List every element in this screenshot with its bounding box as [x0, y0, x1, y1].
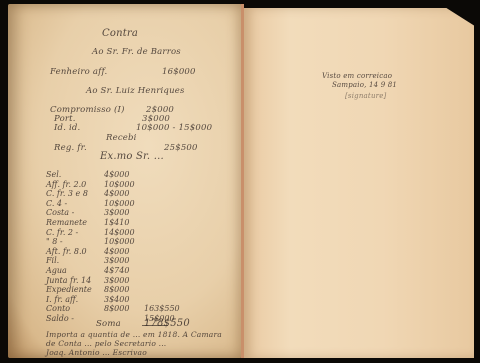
ledger-label: Fil.	[46, 256, 59, 265]
ledger-label: Expediente	[46, 285, 92, 294]
ledger-row: Junta fr. 143$000	[46, 276, 206, 286]
ledger-label: Conto	[46, 304, 70, 313]
ledger-row: Remanete1$410	[46, 218, 206, 228]
section-title: Ao Sr. Luiz Henriques	[86, 86, 185, 96]
ledger-amount: 4$740	[104, 266, 129, 275]
ledger-label: Remanete	[46, 218, 87, 227]
ledger-row: C. fr. 3 e 84$000	[46, 189, 206, 199]
ledger-amount: 14$000	[104, 228, 135, 237]
ledger-amount: 8$000	[104, 304, 129, 313]
footer-line: de Conta ... pelo Secretario ...	[46, 339, 166, 348]
section-title: Ao Sr. Fr. de Barros	[92, 47, 181, 57]
ledger-label: Agua	[46, 266, 67, 275]
ledger-label: I. fr. aff.	[46, 295, 78, 304]
total-amount: 178$550	[144, 318, 190, 329]
ledger-label: Aff. fr. 2.0	[46, 180, 86, 189]
section-title: Ex.mo Sr. ...	[100, 151, 164, 162]
ledger-label: Sel.	[46, 170, 61, 179]
entry-amount: 25$500	[164, 143, 198, 153]
entry-label: Reg. fr.	[54, 143, 87, 153]
ledger-list: Sel.4$000 Aff. fr. 2.010$000 C. fr. 3 e …	[46, 170, 206, 324]
footer-line: Joaq. Antonio ... Escrivao	[46, 348, 147, 357]
ledger-row: Costa -3$000	[46, 208, 206, 218]
ledger-amount: 1$410	[104, 218, 129, 227]
ledger-label: C. fr. 2 -	[46, 228, 78, 237]
ledger-row: Conto8$000163$550	[46, 304, 206, 314]
ledger-amount: 4$000	[104, 247, 129, 256]
ledger-label: Junta fr. 14	[46, 276, 91, 285]
ledger-row: Aff. fr. 2.010$000	[46, 180, 206, 190]
ledger-row: Fil.3$000	[46, 256, 206, 266]
heading: Contra	[102, 28, 138, 39]
ledger-row: Agua4$740	[46, 266, 206, 276]
ledger-row: Aft. fr. 8.04$000	[46, 247, 206, 257]
ledger-amount: 3$000	[104, 208, 129, 217]
ledger-row: I. fr. aff.3$400	[46, 295, 206, 305]
section-title: Recebi	[106, 133, 137, 143]
ledger-label: Aft. fr. 8.0	[46, 247, 87, 256]
ledger-row: C. fr. 2 -14$000	[46, 228, 206, 238]
footer-line: Importa a quantia de ... em 1818. A Cama…	[46, 330, 222, 339]
ledger-amount: 10$000	[104, 237, 135, 246]
total-label: Soma	[96, 319, 121, 329]
entry-label: Fenheiro aff.	[50, 67, 107, 77]
ledger-label: " 8 -	[46, 237, 63, 246]
entry-amount: 10$000 - 15$000	[136, 123, 212, 133]
ledger-amount: 3$400	[104, 295, 129, 304]
entry-label: Id. id.	[54, 123, 80, 133]
visto-note: Visto em correicao	[322, 72, 392, 80]
ledger-label: C. fr. 3 e 8	[46, 189, 88, 198]
ledger-label: Saldo -	[46, 314, 74, 323]
ledger-row: C. 4 -10$000	[46, 199, 206, 209]
ledger-row: Sel.4$000	[46, 170, 206, 180]
ledger-amount: 10$000	[104, 180, 135, 189]
ledger-amount: 3$000	[104, 256, 129, 265]
entry-amount: 16$000	[162, 67, 196, 77]
ledger-amount: 3$000	[104, 276, 129, 285]
ledger-amount: 8$000	[104, 285, 129, 294]
signature: [signature]	[345, 92, 386, 100]
right-page	[244, 8, 474, 358]
ledger-row: Expediente8$000	[46, 285, 206, 295]
ledger-subtotal: 163$550	[144, 304, 180, 313]
ledger-amount: 4$000	[104, 170, 129, 179]
date-note: Sampaio, 14 9 81	[332, 81, 397, 89]
book-spine	[241, 4, 244, 358]
ledger-amount: 10$000	[104, 199, 135, 208]
ledger-row: " 8 -10$000	[46, 237, 206, 247]
ledger-label: Costa -	[46, 208, 74, 217]
ledger-amount: 4$000	[104, 189, 129, 198]
ledger-label: C. 4 -	[46, 199, 67, 208]
